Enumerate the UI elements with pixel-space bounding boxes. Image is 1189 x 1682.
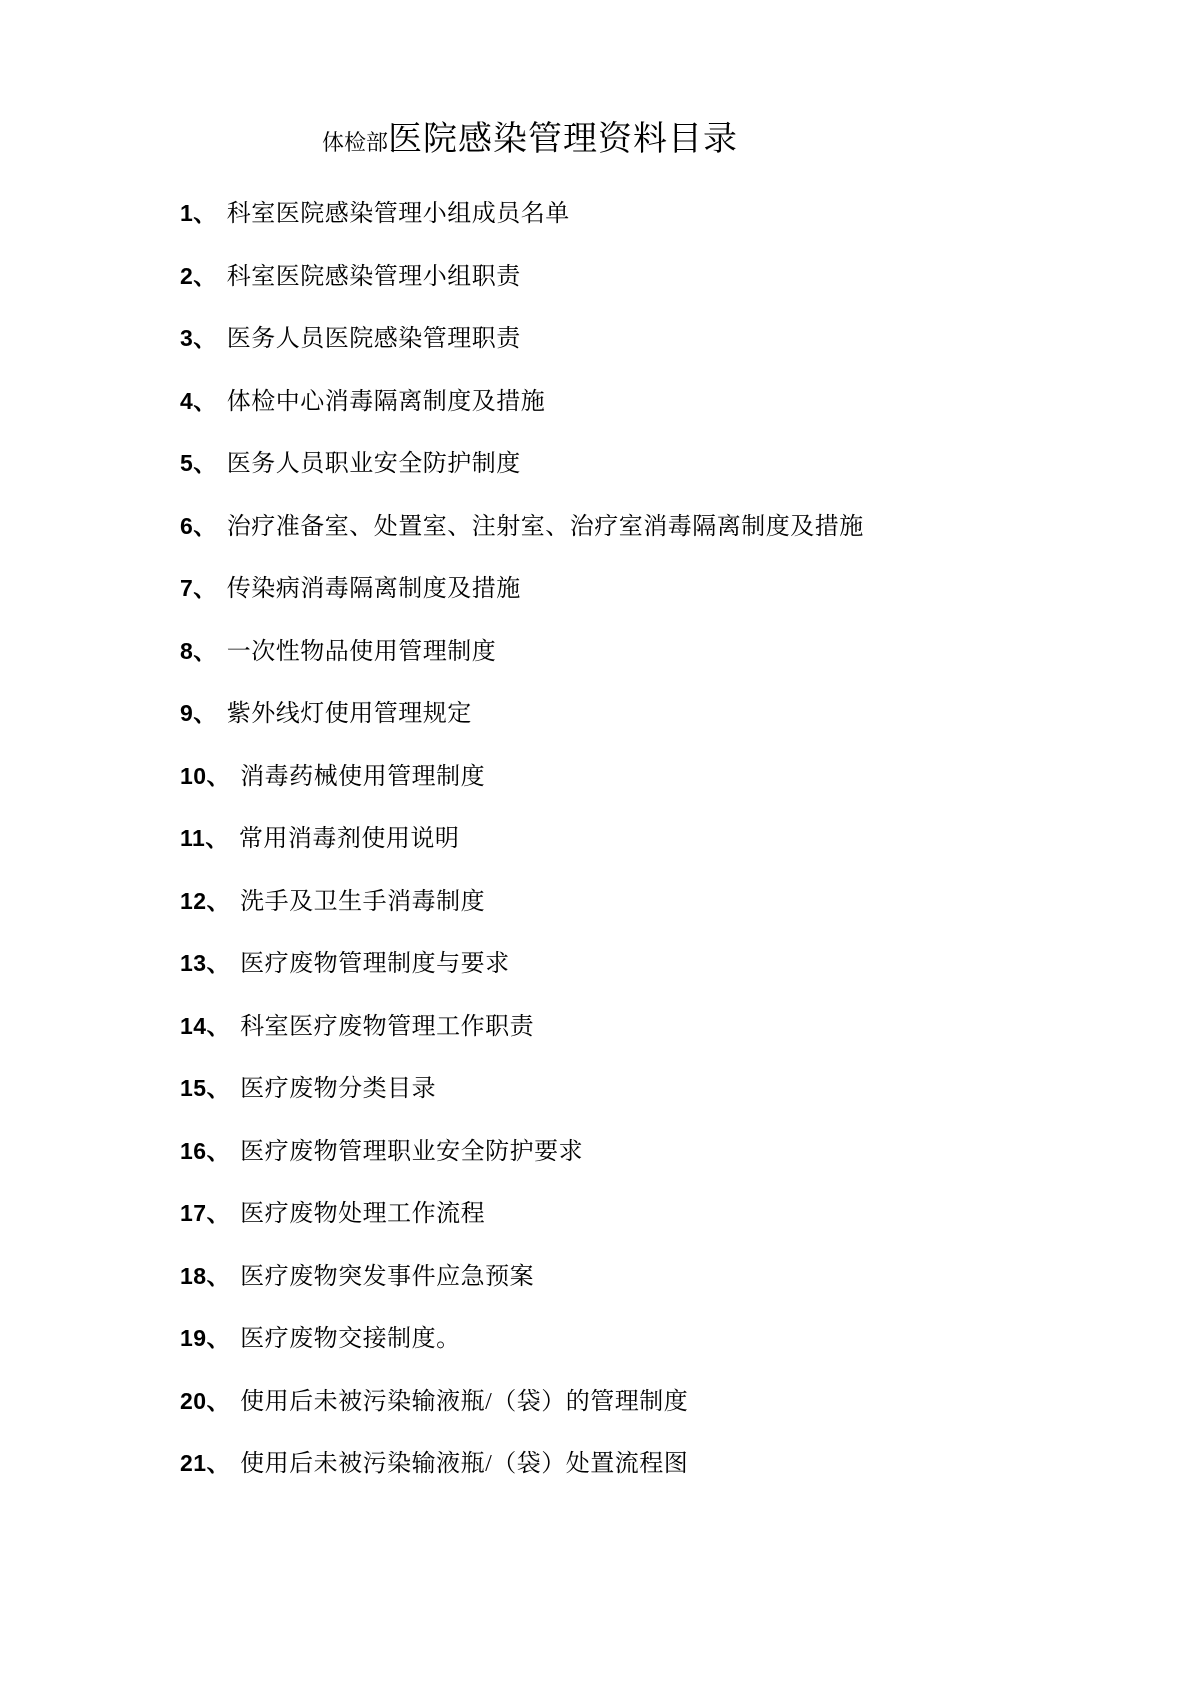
toc-item-number: 8、 [180, 638, 217, 664]
toc-item-number: 21、 [180, 1450, 230, 1476]
toc-item-number: 9、 [180, 700, 217, 726]
toc-item-text: 治疗准备室、处置室、注射室、治疗室消毒隔离制度及措施 [227, 514, 864, 540]
toc-item-5: 5、医务人员职业安全防护制度 [180, 432, 1189, 495]
toc-item-number: 17、 [180, 1200, 230, 1226]
toc-item-text: 医疗废物分类目录 [240, 1076, 436, 1102]
toc-item-text: 科室医院感染管理小组职责 [227, 264, 521, 290]
toc-item-7: 7、传染病消毒隔离制度及措施 [180, 557, 1189, 620]
toc-item-6: 6、治疗准备室、处置室、注射室、治疗室消毒隔离制度及措施 [180, 495, 1189, 558]
toc-list: 1、科室医院感染管理小组成员名单 2、科室医院感染管理小组职责 3、医务人员医院… [0, 182, 1189, 1495]
toc-item-text: 医疗废物管理制度与要求 [240, 951, 510, 977]
toc-item-4: 4、体检中心消毒隔离制度及措施 [180, 370, 1189, 433]
toc-item-8: 8、一次性物品使用管理制度 [180, 620, 1189, 683]
toc-item-text: 医疗废物管理职业安全防护要求 [240, 1139, 583, 1165]
toc-item-10: 10、消毒药械使用管理制度 [180, 745, 1189, 808]
toc-item-21: 21、使用后未被污染输液瓶/（袋）处置流程图 [180, 1432, 1189, 1495]
toc-item-text: 传染病消毒隔离制度及措施 [227, 576, 521, 602]
toc-item-number: 11、 [180, 825, 229, 851]
toc-item-text: 紫外线灯使用管理规定 [227, 701, 472, 727]
toc-item-text: 医疗废物突发事件应急预案 [240, 1264, 534, 1290]
toc-item-text: 医务人员医院感染管理职责 [227, 326, 521, 352]
toc-item-number: 5、 [180, 450, 217, 476]
toc-item-text: 医务人员职业安全防护制度 [227, 451, 521, 477]
toc-item-number: 12、 [180, 888, 230, 914]
document-page: 体检部医院感染管理资料目录 1、科室医院感染管理小组成员名单 2、科室医院感染管… [0, 0, 1189, 1682]
toc-item-14: 14、科室医疗废物管理工作职责 [180, 995, 1189, 1058]
toc-item-number: 16、 [180, 1138, 230, 1164]
toc-item-18: 18、医疗废物突发事件应急预案 [180, 1245, 1189, 1308]
toc-item-text: 医疗废物交接制度。 [240, 1326, 461, 1352]
toc-item-number: 14、 [180, 1013, 230, 1039]
toc-item-number: 1、 [180, 200, 217, 226]
toc-item-1: 1、科室医院感染管理小组成员名单 [180, 182, 1189, 245]
toc-item-text: 使用后未被污染输液瓶/（袋）的管理制度 [240, 1389, 688, 1415]
toc-item-17: 17、医疗废物处理工作流程 [180, 1182, 1189, 1245]
toc-item-text: 科室医院感染管理小组成员名单 [227, 201, 570, 227]
toc-item-number: 19、 [180, 1325, 230, 1351]
toc-item-text: 使用后未被污染输液瓶/（袋）处置流程图 [240, 1451, 688, 1477]
toc-item-12: 12、洗手及卫生手消毒制度 [180, 870, 1189, 933]
toc-item-text: 医疗废物处理工作流程 [240, 1201, 485, 1227]
toc-item-number: 2、 [180, 263, 217, 289]
toc-item-text: 常用消毒剂使用说明 [239, 826, 460, 852]
toc-item-text: 消毒药械使用管理制度 [240, 764, 485, 790]
toc-item-19: 19、医疗废物交接制度。 [180, 1307, 1189, 1370]
toc-item-3: 3、医务人员医院感染管理职责 [180, 307, 1189, 370]
toc-item-number: 3、 [180, 325, 217, 351]
toc-item-11: 11、常用消毒剂使用说明 [180, 807, 1189, 870]
toc-item-13: 13、医疗废物管理制度与要求 [180, 932, 1189, 995]
toc-item-number: 18、 [180, 1263, 230, 1289]
toc-item-number: 7、 [180, 575, 217, 601]
toc-item-text: 一次性物品使用管理制度 [227, 639, 497, 665]
toc-item-2: 2、科室医院感染管理小组职责 [180, 245, 1189, 308]
toc-item-text: 体检中心消毒隔离制度及措施 [227, 389, 546, 415]
toc-item-number: 6、 [180, 513, 217, 539]
document-title-main: 医院感染管理资料目录 [388, 121, 738, 158]
document-title-prefix: 体检部 [322, 130, 388, 155]
toc-item-number: 15、 [180, 1075, 230, 1101]
toc-item-20: 20、使用后未被污染输液瓶/（袋）的管理制度 [180, 1370, 1189, 1433]
toc-item-15: 15、医疗废物分类目录 [180, 1057, 1189, 1120]
toc-item-number: 4、 [180, 388, 217, 414]
toc-item-number: 10、 [180, 763, 230, 789]
toc-item-9: 9、紫外线灯使用管理规定 [180, 682, 1189, 745]
document-title: 体检部医院感染管理资料目录 [0, 0, 1189, 166]
toc-item-text: 洗手及卫生手消毒制度 [240, 889, 485, 915]
toc-item-text: 科室医疗废物管理工作职责 [240, 1014, 534, 1040]
toc-item-16: 16、医疗废物管理职业安全防护要求 [180, 1120, 1189, 1183]
toc-item-number: 20、 [180, 1388, 230, 1414]
toc-item-number: 13、 [180, 950, 230, 976]
